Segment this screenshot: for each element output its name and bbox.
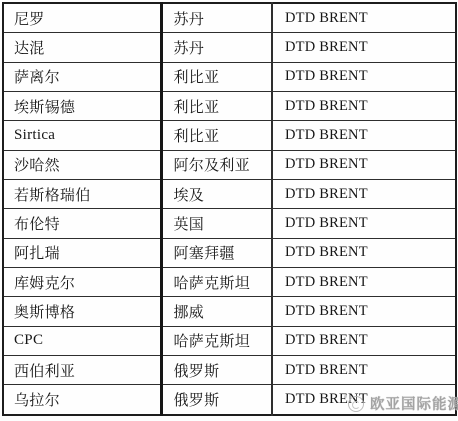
cell-country: 苏丹 [161, 3, 272, 33]
cell-benchmark: DTD BRENT [272, 385, 456, 415]
cell-benchmark: DTD BRENT [272, 238, 456, 267]
cell-benchmark: DTD BRENT [272, 209, 456, 238]
crude-benchmark-table: 尼罗苏丹DTD BRENT达混苏丹DTD BRENT萨离尔利比亚DTD BREN… [2, 2, 457, 416]
document-page: 尼罗苏丹DTD BRENT达混苏丹DTD BRENT萨离尔利比亚DTD BREN… [0, 0, 458, 421]
cell-benchmark: DTD BRENT [272, 356, 456, 385]
cell-benchmark: DTD BRENT [272, 268, 456, 297]
table-row: 萨离尔利比亚DTD BRENT [3, 62, 456, 91]
cell-crude-name: 库姆克尔 [3, 268, 161, 297]
table-row: 阿扎瑞阿塞拜疆DTD BRENT [3, 238, 456, 267]
table-body: 尼罗苏丹DTD BRENT达混苏丹DTD BRENT萨离尔利比亚DTD BREN… [3, 3, 456, 415]
cell-benchmark: DTD BRENT [272, 3, 456, 33]
cell-crude-name: Sirtica [3, 121, 161, 150]
cell-country: 利比亚 [161, 92, 272, 121]
cell-country: 哈萨克斯坦 [161, 268, 272, 297]
cell-benchmark: DTD BRENT [272, 326, 456, 355]
cell-crude-name: 奥斯博格 [3, 297, 161, 326]
cell-country: 俄罗斯 [161, 385, 272, 415]
cell-country: 苏丹 [161, 33, 272, 62]
cell-crude-name: 若斯格瑞伯 [3, 180, 161, 209]
table-row: CPC哈萨克斯坦DTD BRENT [3, 326, 456, 355]
table-row: 库姆克尔哈萨克斯坦DTD BRENT [3, 268, 456, 297]
cell-benchmark: DTD BRENT [272, 33, 456, 62]
table-row: 若斯格瑞伯埃及DTD BRENT [3, 180, 456, 209]
cell-benchmark: DTD BRENT [272, 180, 456, 209]
cell-benchmark: DTD BRENT [272, 62, 456, 91]
cell-crude-name: 达混 [3, 33, 161, 62]
cell-country: 挪威 [161, 297, 272, 326]
cell-crude-name: CPC [3, 326, 161, 355]
cell-benchmark: DTD BRENT [272, 150, 456, 179]
table-row: 西伯利亚俄罗斯DTD BRENT [3, 356, 456, 385]
cell-crude-name: 埃斯锡德 [3, 92, 161, 121]
cell-crude-name: 乌拉尔 [3, 385, 161, 415]
cell-country: 哈萨克斯坦 [161, 326, 272, 355]
cell-benchmark: DTD BRENT [272, 92, 456, 121]
table-row: 沙哈然阿尔及利亚DTD BRENT [3, 150, 456, 179]
table-row: 乌拉尔俄罗斯DTD BRENT [3, 385, 456, 415]
cell-crude-name: 阿扎瑞 [3, 238, 161, 267]
cell-benchmark: DTD BRENT [272, 121, 456, 150]
cell-crude-name: 西伯利亚 [3, 356, 161, 385]
table-row: 奥斯博格挪威DTD BRENT [3, 297, 456, 326]
cell-country: 英国 [161, 209, 272, 238]
table-row: 埃斯锡德利比亚DTD BRENT [3, 92, 456, 121]
cell-country: 埃及 [161, 180, 272, 209]
cell-country: 阿塞拜疆 [161, 238, 272, 267]
cell-country: 利比亚 [161, 121, 272, 150]
cell-crude-name: 尼罗 [3, 3, 161, 33]
cell-country: 阿尔及利亚 [161, 150, 272, 179]
table-row: 布伦特英国DTD BRENT [3, 209, 456, 238]
cell-crude-name: 萨离尔 [3, 62, 161, 91]
cell-country: 利比亚 [161, 62, 272, 91]
table-row: 尼罗苏丹DTD BRENT [3, 3, 456, 33]
table-row: 达混苏丹DTD BRENT [3, 33, 456, 62]
cell-crude-name: 沙哈然 [3, 150, 161, 179]
cell-country: 俄罗斯 [161, 356, 272, 385]
cell-benchmark: DTD BRENT [272, 297, 456, 326]
cell-crude-name: 布伦特 [3, 209, 161, 238]
table-row: Sirtica利比亚DTD BRENT [3, 121, 456, 150]
